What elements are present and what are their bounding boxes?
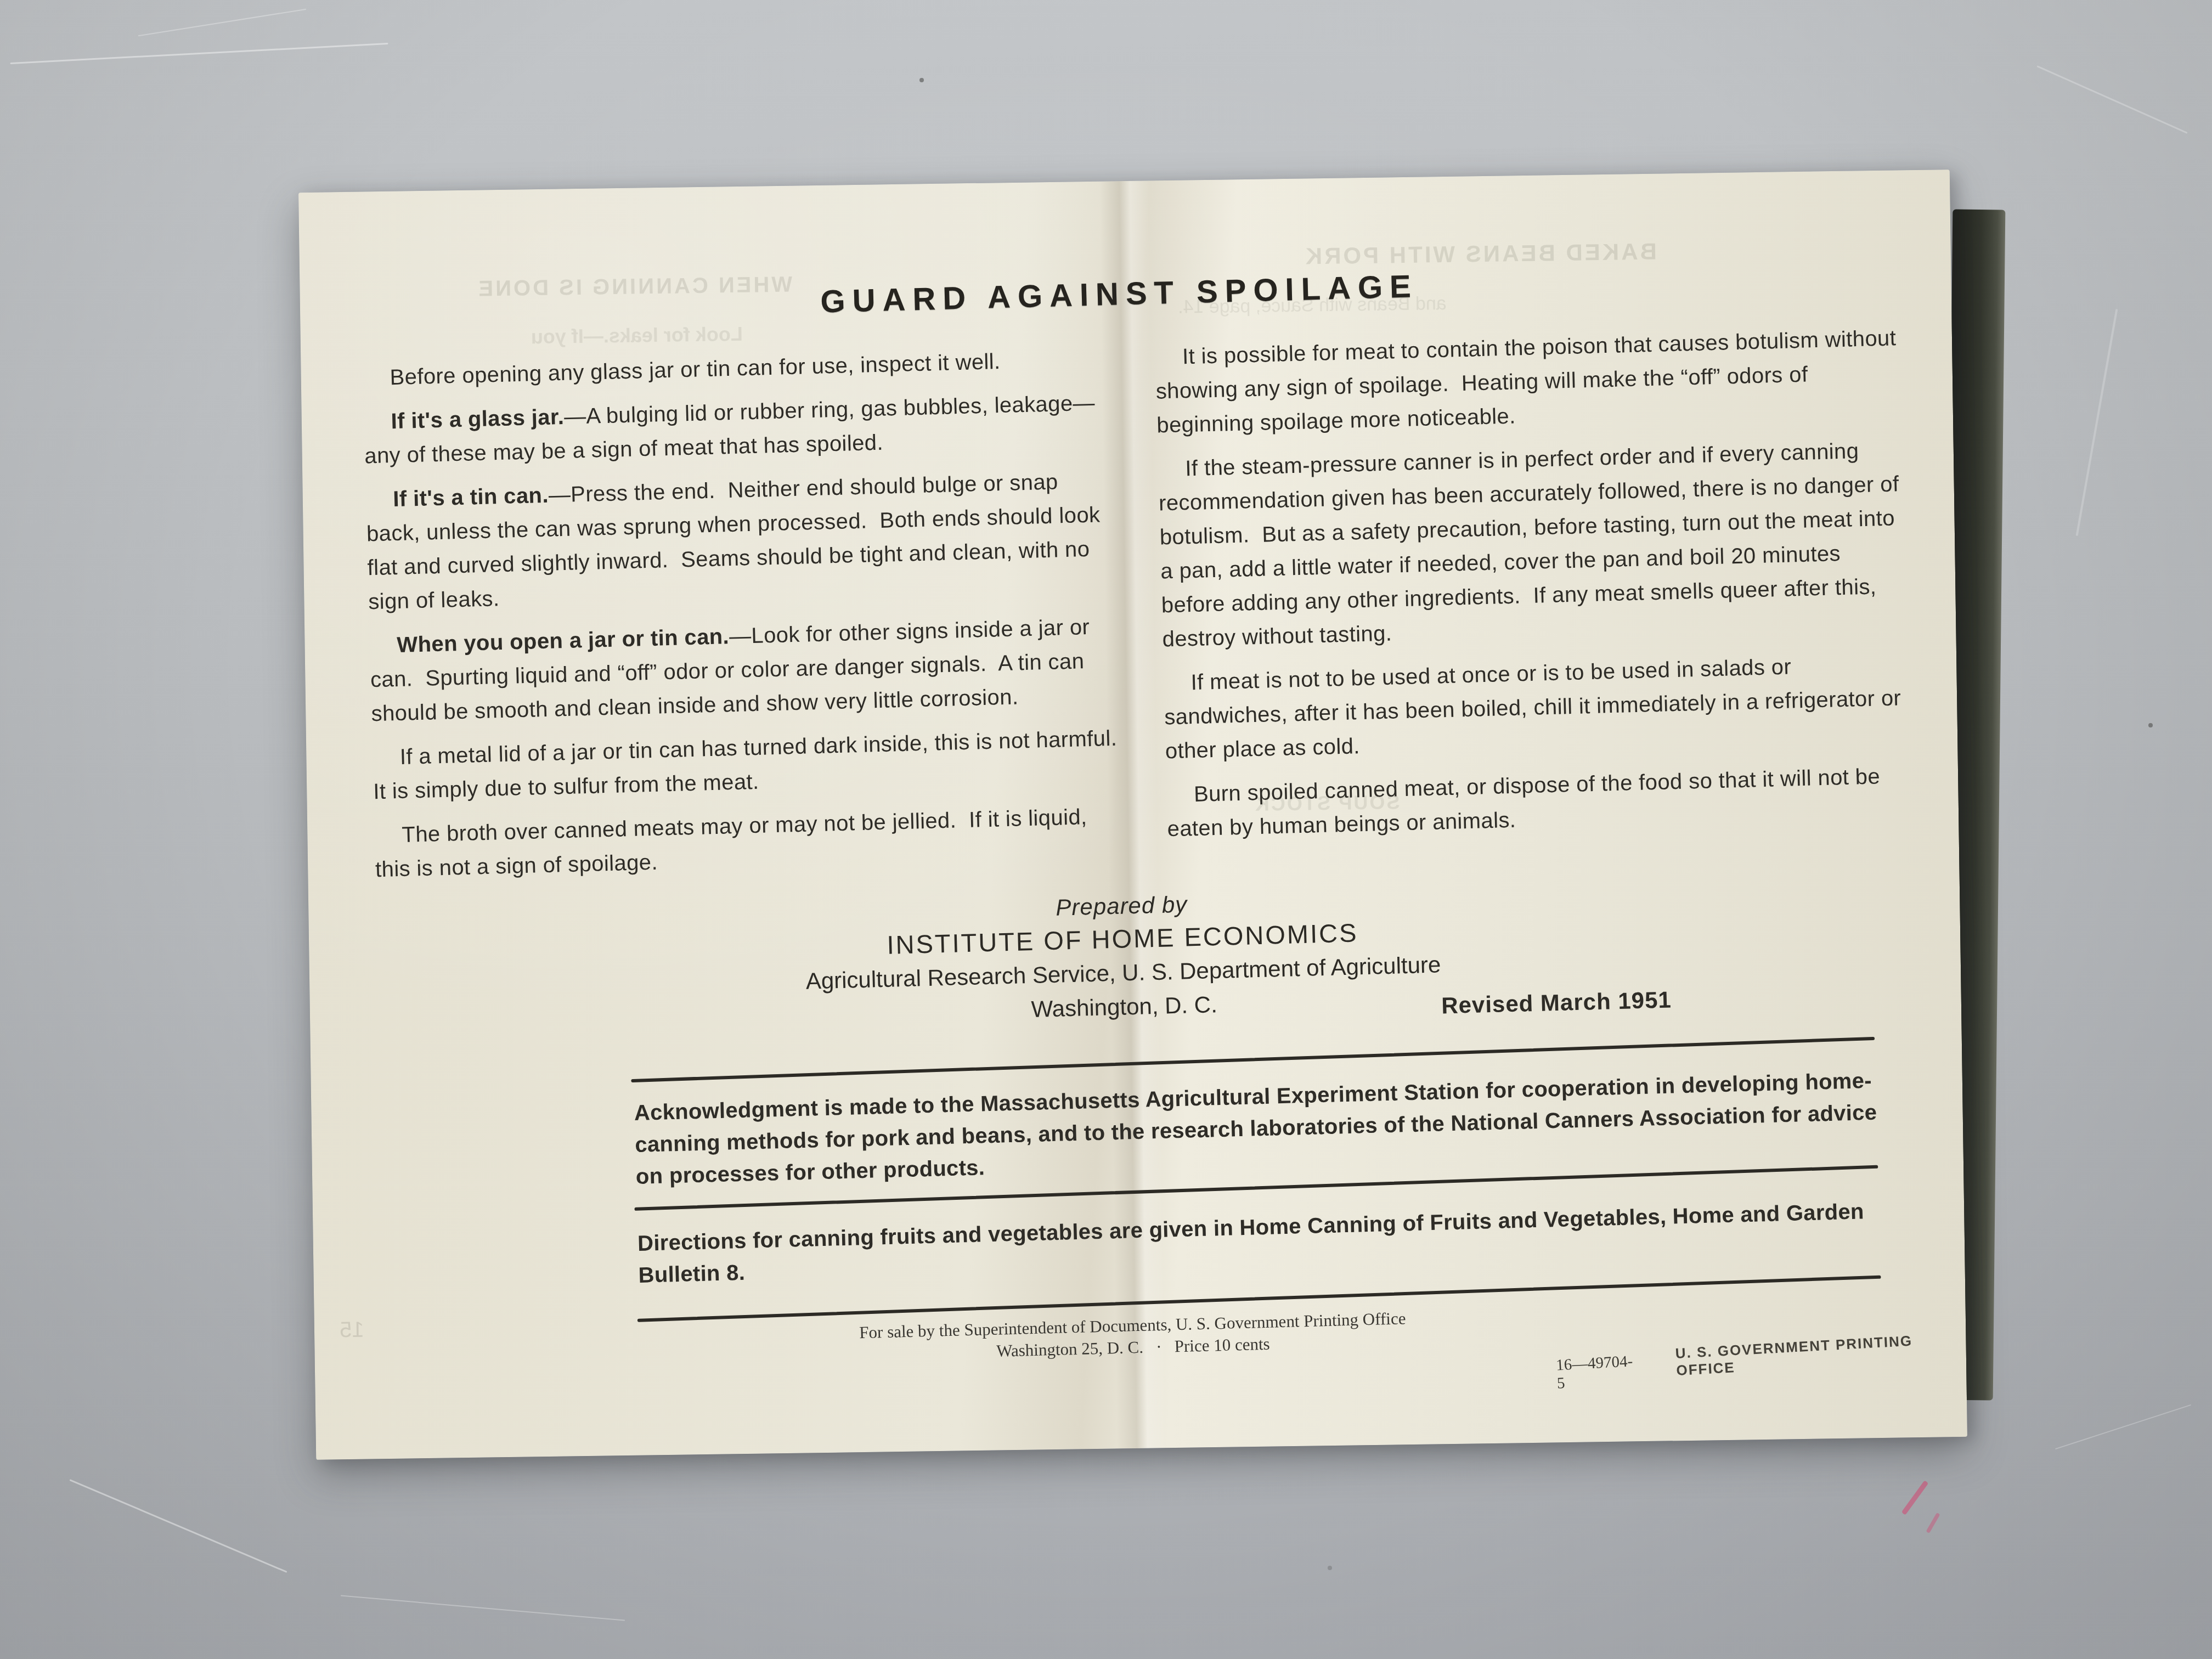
paragraph: If the steam-pressure canner is in perfe… [1158, 433, 1910, 657]
paragraph: Before opening any glass jar or tin can … [362, 342, 1110, 396]
scratch-line [2036, 65, 2187, 134]
scratch-line [2076, 309, 2118, 536]
pink-scratch-mark [1901, 1480, 1929, 1515]
pink-scratch-mark [1926, 1513, 1940, 1533]
page-content: GUARD AGAINST SPOILAGE Before opening an… [291, 160, 1974, 1470]
paragraph: If it's a tin can.—Press the end. Neithe… [365, 464, 1116, 619]
right-column: It is possible for meat to contain the p… [1154, 321, 1916, 876]
page-title: GUARD AGAINST SPOILAGE [294, 254, 1945, 334]
directions-text: Directions for canning fruits and vegeta… [637, 1194, 1916, 1291]
paragraph: If meat is not to be used at once or is … [1163, 647, 1913, 769]
left-column: Before opening any glass jar or tin can … [362, 342, 1124, 896]
paragraph: If it's a glass jar.—A bulging lid or ru… [363, 386, 1113, 473]
imprint-code: 16—49704-5 [1555, 1352, 1641, 1393]
scratch-line [341, 1595, 625, 1621]
dust-speck [1328, 1566, 1332, 1570]
scratch-line [10, 43, 388, 64]
paragraph: Burn spoiled canned meat, or dispose of … [1166, 759, 1915, 847]
paragraph: When you open a jar or tin can.—Look for… [369, 610, 1119, 731]
scratch-line [138, 9, 306, 36]
paragraph: If a metal lid of a jar or tin can has t… [372, 721, 1121, 809]
scratch-line [2055, 1404, 2191, 1449]
credits-block: Prepared by INSTITUTE OF HOME ECONOMICS … [309, 869, 1936, 1045]
dust-speck [2148, 723, 2153, 727]
paragraph: It is possible for meat to contain the p… [1154, 321, 1904, 443]
text-columns: Before opening any glass jar or tin can … [362, 321, 1916, 896]
revised-date: Revised March 1951 [1441, 986, 1672, 1019]
scratch-line [70, 1479, 287, 1573]
booklet-page: WHEN CANNING IS DONE BAKED BEANS WITH PO… [298, 170, 1967, 1460]
paragraph: The broth over canned meats may or may n… [374, 799, 1124, 887]
dust-speck [919, 78, 924, 82]
